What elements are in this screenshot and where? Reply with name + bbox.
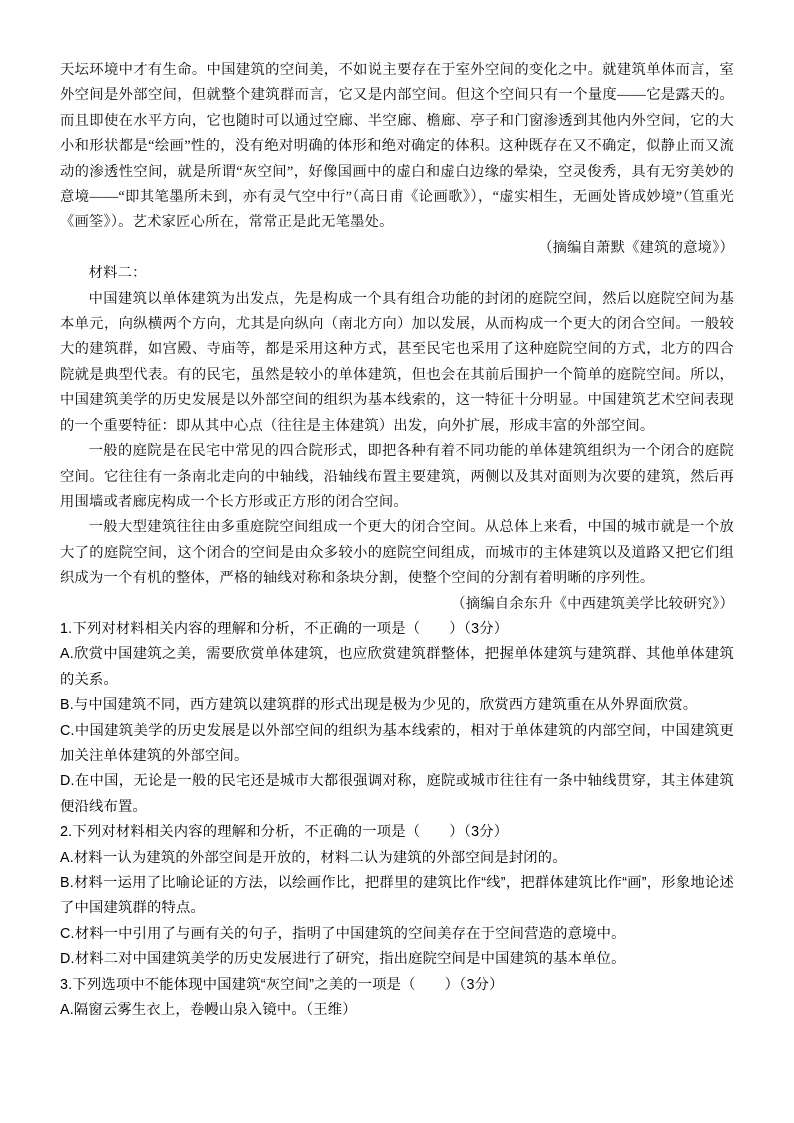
material-one-body: 天坛环境中才有生命。中国建筑的空间美，不如说主要存在于室外空间的变化之中。就建筑…	[60, 58, 734, 236]
material-two-paragraph-2: 一般的庭院是在民宅中常见的四合院形式，即把各种有着不同功能的单体建筑组织为一个闭…	[60, 439, 734, 515]
question-2-option-a: A.材料一认为建筑的外部空间是开放的，材料二认为建筑的外部空间是封闭的。	[60, 846, 734, 871]
question-1-option-c: C.中国建筑美学的历史发展是以外部空间的组织为基本线索的，相对于单体建筑的内部空…	[60, 719, 734, 770]
question-1-option-a: A.欣赏中国建筑之美，需要欣赏单体建筑，也应欣赏建筑群整体，把握单体建筑与建筑群…	[60, 642, 734, 693]
material-one-attribution: （摘编自萧默《建筑的意境》）	[60, 236, 734, 261]
material-two-label: 材料二：	[60, 261, 734, 286]
question-2-stem: 2.下列对材料相关内容的理解和分析，不正确的一项是（ ）（3分）	[60, 820, 734, 845]
question-2-option-c: C.材料一中引用了与画有关的句子，指明了中国建筑的空间美存在于空间营造的意境中。	[60, 922, 734, 947]
question-3-stem: 3.下列选项中不能体现中国建筑“灰空间”之美的一项是（ ）（3分）	[60, 973, 734, 998]
question-3-option-a: A.隔窗云雾生衣上，卷幔山泉入镜中。（王维）	[60, 998, 734, 1023]
material-one-section: 天坛环境中才有生命。中国建筑的空间美，不如说主要存在于室外空间的变化之中。就建筑…	[60, 58, 734, 261]
question-1-stem: 1.下列对材料相关内容的理解和分析，不正确的一项是（ ）（3分）	[60, 617, 734, 642]
material-two-paragraph-3: 一般大型建筑往往由多重庭院空间组成一个更大的闭合空间。从总体上来看，中国的城市就…	[60, 515, 734, 591]
question-2-option-d: D.材料二对中国建筑美学的历史发展进行了研究，指出庭院空间是中国建筑的基本单位。	[60, 947, 734, 972]
material-two-attribution: （摘编自余东升《中西建筑美学比较研究》）	[60, 592, 734, 617]
questions-section: 1.下列对材料相关内容的理解和分析，不正确的一项是（ ）（3分） A.欣赏中国建…	[60, 617, 734, 1024]
question-1-option-b: B.与中国建筑不同，西方建筑以建筑群的形式出现是极为少见的，欣赏西方建筑重在从外…	[60, 693, 734, 718]
exam-page: 天坛环境中才有生命。中国建筑的空间美，不如说主要存在于室外空间的变化之中。就建筑…	[0, 0, 794, 1123]
question-2-option-b: B.材料一运用了比喻论证的方法，以绘画作比，把群里的建筑比作“线”，把群体建筑比…	[60, 871, 734, 922]
material-two-paragraph-1: 中国建筑以单体建筑为出发点，先是构成一个具有组合功能的封闭的庭院空间，然后以庭院…	[60, 287, 734, 439]
material-two-section: 材料二： 中国建筑以单体建筑为出发点，先是构成一个具有组合功能的封闭的庭院空间，…	[60, 261, 734, 617]
question-1-option-d: D.在中国，无论是一般的民宅还是城市大都很强调对称，庭院或城市往往有一条中轴线贯…	[60, 769, 734, 820]
